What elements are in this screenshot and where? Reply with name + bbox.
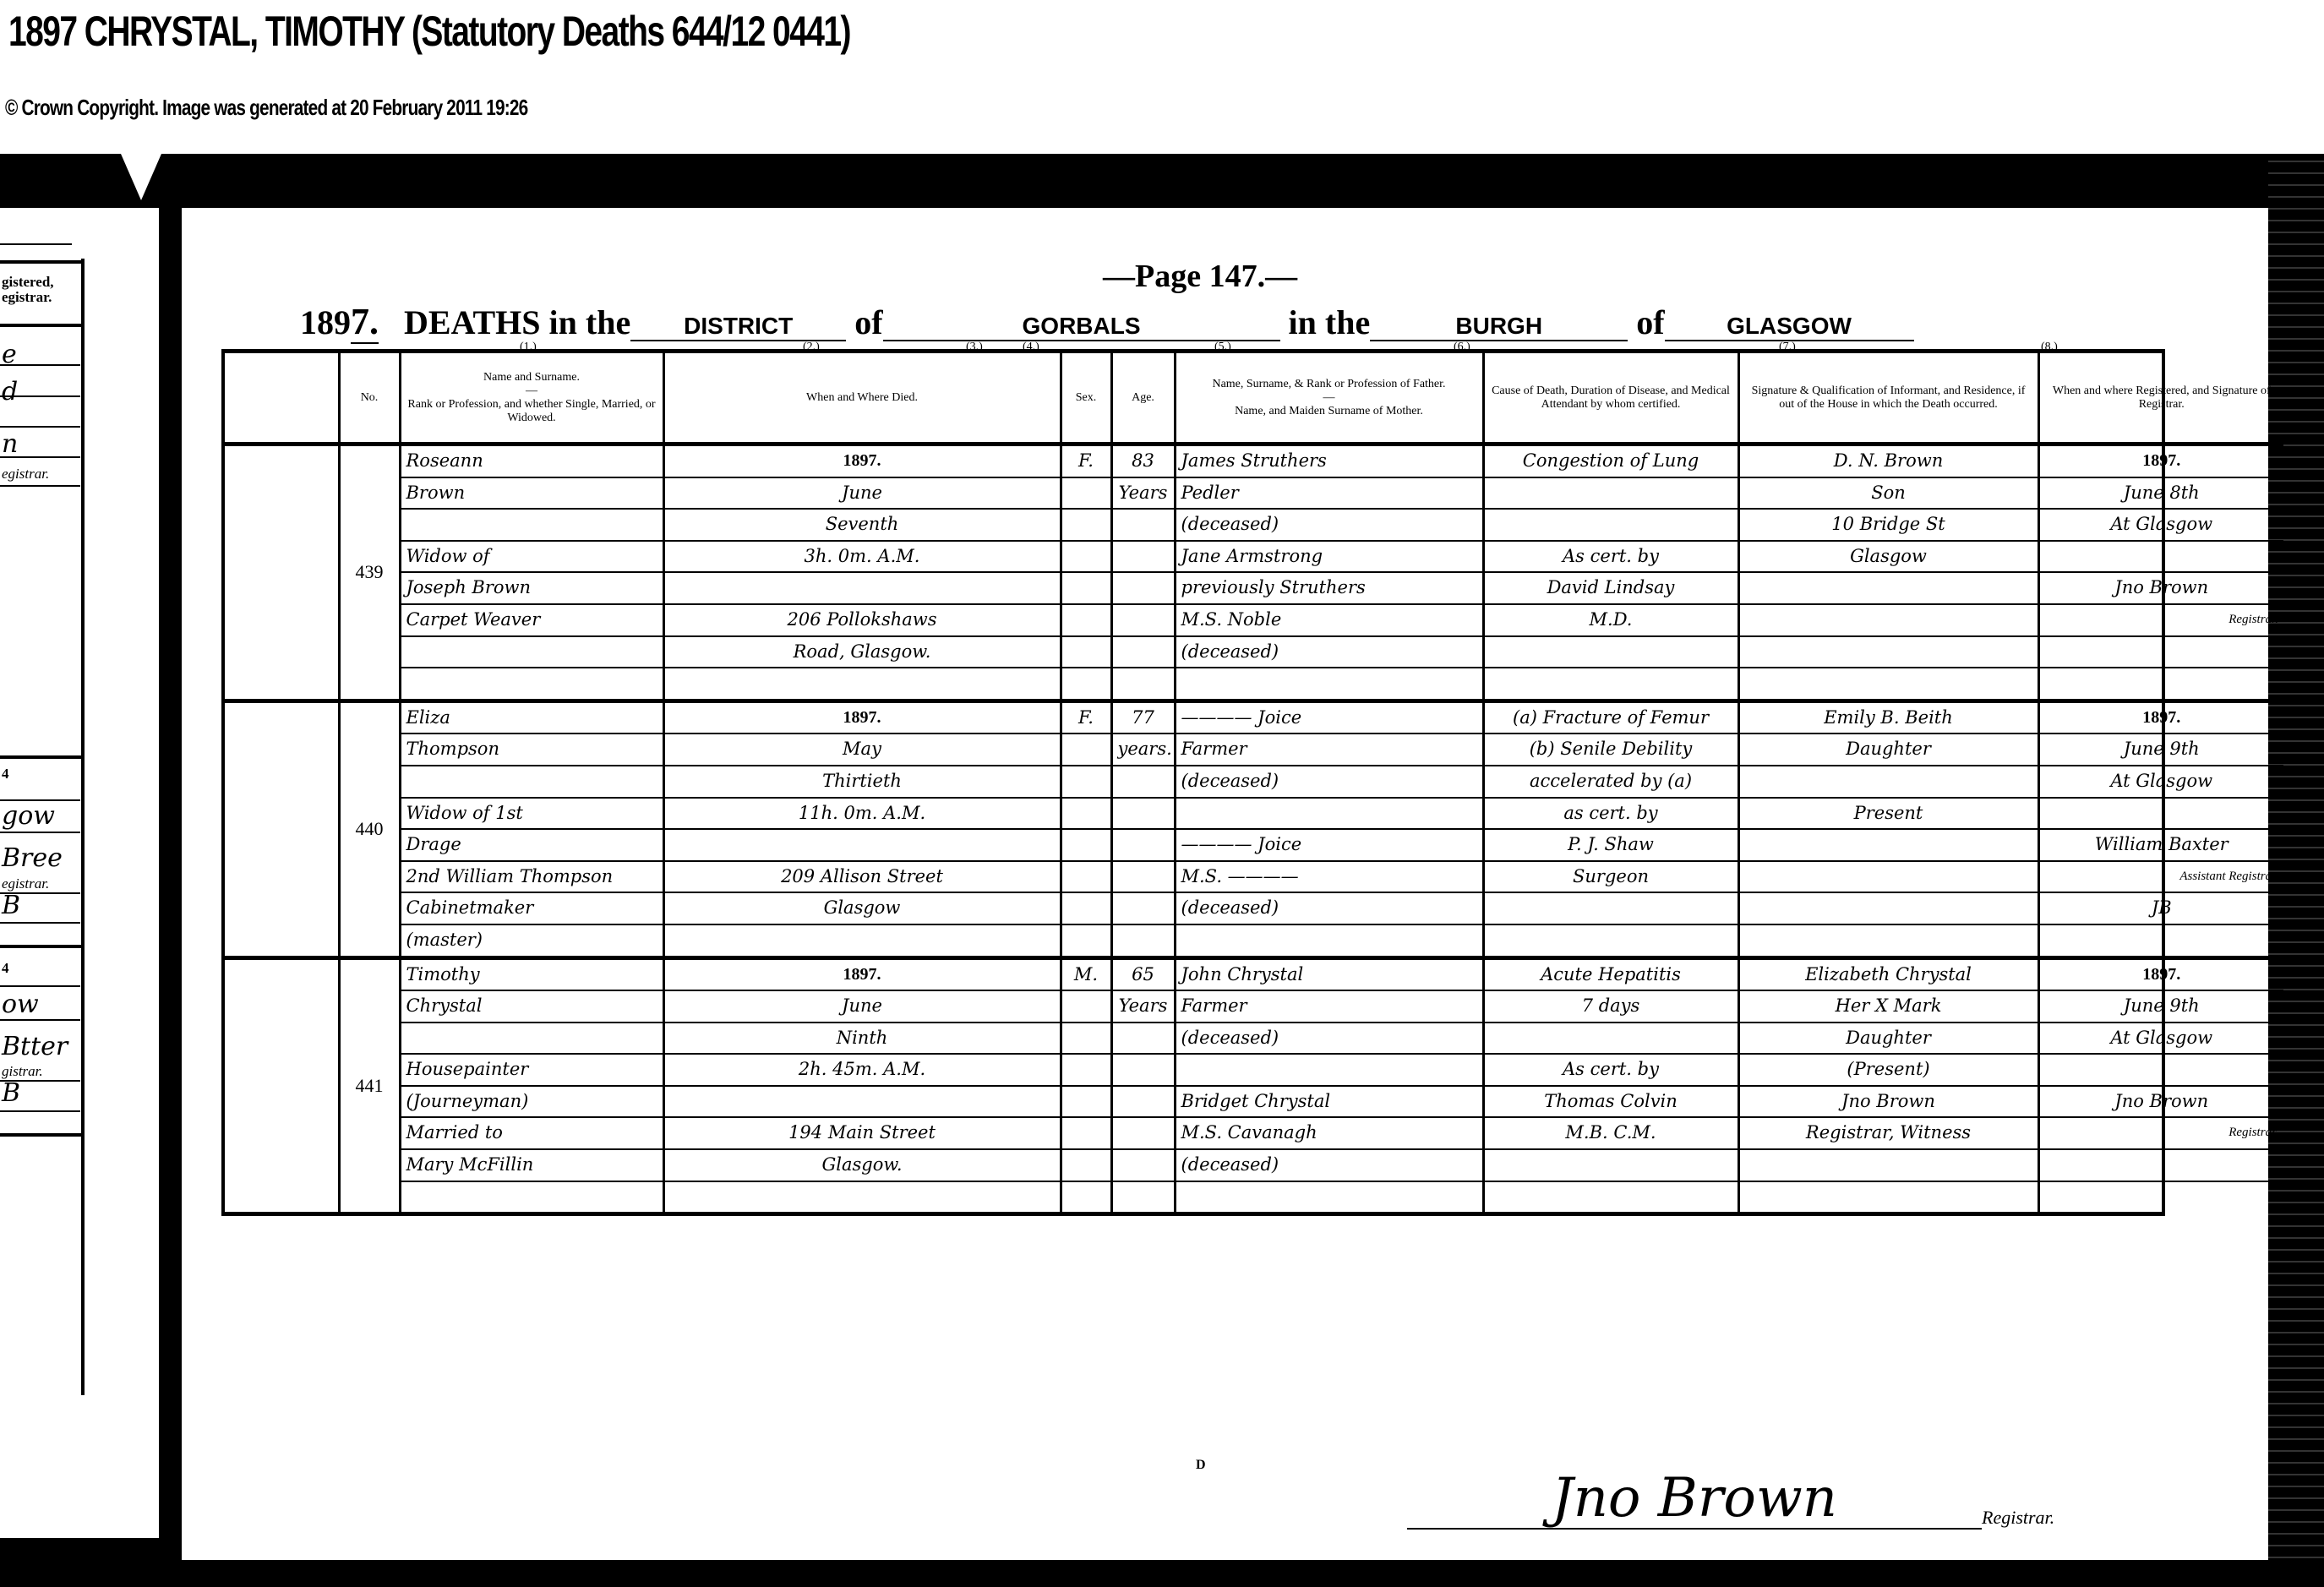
entry-line: Congestion of Lung [1485,446,1738,478]
entry-line [401,510,663,542]
informant-cell: Elizabeth ChrystalHer X MarkDaughter(Pre… [1738,957,2038,1212]
entry-line: (master) [401,925,663,956]
entry-line: Timothy [401,960,663,992]
entry-line [1062,862,1110,894]
entry-divider [0,755,81,759]
entry-line [1062,799,1110,831]
entry-line [1740,766,2038,799]
entry-line [1113,1087,1174,1119]
entry-line: 65 [1113,960,1174,992]
entry-line: 1897. [665,960,1060,992]
page-number: —Page 147.— [1103,258,1297,295]
when-where-cell: 1897.JuneSeventh3h. 0m. A.M.206 Polloksh… [663,444,1061,701]
ruled-line [0,456,80,458]
entry-line [1062,1055,1110,1087]
entry-line [401,1023,663,1055]
entry-line: At Glasgow [2040,1023,2284,1055]
of-label: of [854,303,882,341]
page-mark: D [1196,1458,1206,1473]
entry-line [2040,925,2284,956]
entry-line [1485,1150,1738,1182]
entry-line: John Chrystal [1176,960,1482,992]
entry-line [665,1087,1060,1119]
entry-line: Elizabeth Chrystal [1740,960,2038,992]
entry-line [1062,734,1110,766]
entry-line [665,1182,1060,1213]
ruled-line [0,1019,80,1021]
entry-line [1113,1055,1174,1087]
age-cell: 77years. [1111,701,1175,957]
entry-line: Glasgow. [665,1150,1060,1182]
header-registered: When and where Registered, and Signature… [2038,353,2283,444]
entry-line [1062,1087,1110,1119]
column-header-fragment: egistrar. [2,289,52,306]
registered-cell: 1897.June 9thAt GlasgowJno BrownRegistra… [2038,957,2283,1212]
entry-line: Daughter [1740,1023,2038,1055]
entry-line [401,637,663,669]
entry-line [1113,1182,1174,1213]
registrar-signature: Jno Brown [1407,1469,1982,1530]
entry-line [665,573,1060,605]
entry-line: M. [1062,960,1110,992]
ruled-line [0,395,80,397]
entry-line: Jno Brown [1740,1087,2038,1119]
entry-line: Her X Mark [1740,991,2038,1023]
age-cell: 83Years [1111,444,1175,701]
parents-cell: John ChrystalFarmer(deceased)Bridget Chr… [1175,957,1483,1212]
ruled-line [0,485,80,487]
entry-line [1062,1150,1110,1182]
sex-cell: F. [1061,701,1111,957]
record-title: 1897 CHRYSTAL, TIMOTHY (Statutory Deaths… [8,7,850,56]
entry-line: M.S. ———— [1176,862,1482,894]
entry-line: Pedler [1176,478,1482,510]
entry-line [1485,1182,1738,1213]
entry-line: Daughter [1740,734,2038,766]
entry-line: Years [1113,478,1174,510]
entry-line [1062,893,1110,925]
fragment-initials: B [2,1078,20,1108]
cause-cell: (a) Fracture of Femur(b) Senile Debility… [1483,701,1738,957]
entry-line [1113,799,1174,831]
entry-line: 2h. 45m. A.M. [665,1055,1060,1087]
entry-line: (deceased) [1176,766,1482,799]
entry-line [1740,862,2038,894]
entry-line [1113,1150,1174,1182]
entry-line: P. J. Shaw [1485,830,1738,862]
table-row: 439RoseannBrownWidow ofJoseph BrownCarpe… [225,444,2283,701]
entry-line: Present [1740,799,2038,831]
entry-line: David Lindsay [1485,573,1738,605]
entry-line [1113,1118,1174,1150]
table-row: 440ElizaThompsonWidow of 1stDrage2nd Wil… [225,701,2283,957]
ruled-line [0,985,80,987]
entry-line: Registrar. [2040,605,2284,637]
entry-line [401,766,663,799]
entry-line: 206 Pollokshaws [665,605,1060,637]
entry-number: 440 [339,701,400,957]
scan-border [0,1565,2324,1587]
entry-line [1176,925,1482,956]
margin-header [225,353,339,444]
entry-line: Surgeon [1485,862,1738,894]
entry-line [1062,1182,1110,1213]
entry-line [1740,637,2038,669]
ruled-line [0,922,80,924]
entry-line: (deceased) [1176,1150,1482,1182]
entry-line [665,830,1060,862]
entry-line: Roseann [401,446,663,478]
header-parents: Name, Surname, & Rank or Profession of F… [1175,353,1483,444]
entry-line: Years [1113,991,1174,1023]
entry-line: Emily B. Beith [1740,703,2038,735]
registered-cell: 1897.June 8thAt GlasgowJno BrownRegistra… [2038,444,2283,701]
entry-line [1740,893,2038,925]
entry-line [1740,1182,2038,1213]
entry-line: (deceased) [1176,637,1482,669]
entry-line: as cert. by [1485,799,1738,831]
entry-line [1062,542,1110,574]
parents-cell: James StruthersPedler(deceased)Jane Arms… [1175,444,1483,701]
entry-line: 3h. 0m. A.M. [665,542,1060,574]
when-where-cell: 1897.JuneNinth2h. 45m. A.M.194 Main Stre… [663,957,1061,1212]
name-cell: RoseannBrownWidow ofJoseph BrownCarpet W… [400,444,663,701]
fragment-text: 4 [2,960,9,977]
entry-line: 7 days [1485,991,1738,1023]
entry-line: Farmer [1176,734,1482,766]
spine-notch [121,154,161,200]
copyright-notice: © Crown Copyright. Image was generated a… [5,95,527,121]
name-cell: TimothyChrystalHousepainter(Journeyman)M… [400,957,663,1212]
deaths-in-the-label: DEATHS in the [404,303,630,341]
entry-line [1740,573,2038,605]
entry-line: 10 Bridge St [1740,510,2038,542]
entry-line: 2nd William Thompson [401,862,663,894]
entry-line [1740,668,2038,699]
entry-line: William Baxter [2040,830,2284,862]
fragment-text: ow [2,990,39,1019]
entry-line [1113,510,1174,542]
entry-line: May [665,734,1060,766]
entry-divider [0,945,81,948]
header-informant: Signature & Qualification of Informant, … [1738,353,2038,444]
header-when-where: When and Where Died. [663,353,1061,444]
entry-line: (deceased) [1176,1023,1482,1055]
district-type-stamp: DISTRICT [630,313,846,341]
entry-line: (b) Senile Debility [1485,734,1738,766]
death-register-table: No. Name and Surname. — Rank or Professi… [221,349,2165,1216]
entry-line [1176,1182,1482,1213]
entry-line [2040,1182,2284,1213]
entry-line: Glasgow [1740,542,2038,574]
entry-line [1485,893,1738,925]
when-where-cell: 1897.MayThirtieth11h. 0m. A.M.209 Alliso… [663,701,1061,957]
year-suffix: 7. [351,301,379,344]
previous-page-fragment: gistered, egistrar. e d n egistrar. 4 go… [0,208,159,1538]
entry-line: James Struthers [1176,446,1482,478]
entry-line: Registrar. [2040,1118,2284,1150]
entry-line: M.B. C.M. [1485,1118,1738,1150]
entry-line [1113,637,1174,669]
entry-line [1485,510,1738,542]
cause-cell: Acute Hepatitis7 daysAs cert. byThomas C… [1483,957,1738,1212]
entry-line: June 9th [2040,734,2284,766]
entry-line: D. N. Brown [1740,446,2038,478]
column-header-fragment: gistered, [2,274,54,291]
entry-line: M.S. Noble [1176,605,1482,637]
entry-line: M.D. [1485,605,1738,637]
registered-cell: 1897.June 9thAt GlasgowWilliam BaxterAss… [2038,701,2283,957]
entry-line: ———— Joice [1176,830,1482,862]
entry-line [1113,605,1174,637]
entry-line [401,1182,663,1213]
entry-line: June 9th [2040,991,2284,1023]
entry-line [2040,1150,2284,1182]
header-no: No. [339,353,400,444]
entry-line: (Journeyman) [401,1087,663,1119]
entry-line [2040,542,2284,574]
entry-number: 441 [339,957,400,1212]
entry-line: Carpet Weaver [401,605,663,637]
year-prefix: 189 [300,303,351,341]
sex-cell: M. [1061,957,1111,1212]
entry-line [1740,605,2038,637]
name-cell: ElizaThompsonWidow of 1stDrage2nd Willia… [400,701,663,957]
entry-line [1740,830,2038,862]
entry-line [1113,542,1174,574]
burgh-type-stamp: BURGH [1370,313,1628,341]
registrar-label: egistrar. [2,466,49,483]
divider [0,243,72,245]
entry-line [2040,637,2284,669]
fragment-text: d [2,377,18,406]
entry-line: 83 [1113,446,1174,478]
fragment-text: Btter [2,1032,68,1061]
entry-line [1062,1118,1110,1150]
of-label-2: of [1636,303,1664,341]
entry-line: 1897. [2040,446,2284,478]
table-row: 441TimothyChrystalHousepainter(Journeyma… [225,957,2283,1212]
entry-line: Seventh [665,510,1060,542]
entry-line [1113,573,1174,605]
fragment-initials: B [2,891,20,920]
entry-line: (Present) [1740,1055,2038,1087]
entry-line: Widow of [401,542,663,574]
entry-line: ———— Joice [1176,703,1482,735]
age-cell: 65Years [1111,957,1175,1212]
fragment-text: Bree [2,843,63,873]
entry-line: As cert. by [1485,542,1738,574]
entry-line: years. [1113,734,1174,766]
fragment-text: gow [2,801,55,831]
entry-line [1062,668,1110,699]
entry-line [665,925,1060,956]
entry-line: Registrar, Witness [1740,1118,2038,1150]
registrar-label: egistrar. [2,875,49,892]
table-border [81,259,85,1395]
entry-line [1740,1150,2038,1182]
entry-line: June [665,478,1060,510]
entry-line: 194 Main Street [665,1118,1060,1150]
entry-line: Brown [401,478,663,510]
sex-cell: F. [1061,444,1111,701]
entry-line: 1897. [665,446,1060,478]
informant-cell: D. N. BrownSon10 Bridge StGlasgow [1738,444,2038,701]
entry-line [1176,1055,1482,1087]
registrar-label: gistrar. [2,1063,43,1080]
entry-line [1485,1023,1738,1055]
entry-line: 1897. [2040,703,2284,735]
district-name-stamp: GORBALS [883,313,1280,341]
header-sex: Sex. [1061,353,1111,444]
registrar-label: Registrar. [1982,1507,2054,1529]
entry-line: Eliza [401,703,663,735]
burgh-name-stamp: GLASGOW [1665,313,1914,341]
entry-line [1485,925,1738,956]
entry-line [1113,862,1174,894]
entry-line: Widow of 1st [401,799,663,831]
entry-line [1485,637,1738,669]
entry-line: Bridget Chrystal [1176,1087,1482,1119]
entry-line: Cabinetmaker [401,893,663,925]
entry-line [1062,830,1110,862]
ruled-line [0,364,80,366]
entry-line: F. [1062,446,1110,478]
entry-line [1062,991,1110,1023]
entry-line [1113,925,1174,956]
entry-line: Glasgow [665,893,1060,925]
margin-cell [225,701,339,957]
ruled-line [0,832,80,833]
entry-line: Son [1740,478,2038,510]
entry-line [1062,478,1110,510]
entry-line [2040,799,2284,831]
entry-line: 77 [1113,703,1174,735]
fragment-text: 4 [2,766,9,783]
margin-cell [225,957,339,1212]
entry-line: Jane Armstrong [1176,542,1482,574]
entry-line [1113,668,1174,699]
entry-line [665,668,1060,699]
entry-line: F. [1062,703,1110,735]
entry-line: (deceased) [1176,510,1482,542]
entry-number: 439 [339,444,400,701]
entry-line: Thomas Colvin [1485,1087,1738,1119]
entry-line [1062,637,1110,669]
entry-line: June [665,991,1060,1023]
entry-line [1740,925,2038,956]
ruled-line [0,426,80,428]
entry-line [2040,1055,2284,1087]
fragment-text: n [2,429,18,459]
entry-line [1113,830,1174,862]
entry-line: M.S. Cavanagh [1176,1118,1482,1150]
ruled-line [0,1110,80,1112]
in-the-label: in the [1289,303,1371,341]
entry-line: Married to [401,1118,663,1150]
register-title: 1897. DEATHS in theDISTRICT ofGORBALS in… [300,300,1914,343]
entry-line [1062,925,1110,956]
entry-line [1485,668,1738,699]
entry-line: June 8th [2040,478,2284,510]
header-age: Age. [1111,353,1175,444]
margin-cell [225,444,339,701]
entry-line [1485,478,1738,510]
entry-line: accelerated by (a) [1485,766,1738,799]
entry-line [1062,1023,1110,1055]
header-name: Name and Surname. — Rank or Profession, … [400,353,663,444]
entry-line: JB [2040,893,2284,925]
cause-cell: Congestion of LungAs cert. byDavid Linds… [1483,444,1738,701]
entry-line: Farmer [1176,991,1482,1023]
entry-line: Thompson [401,734,663,766]
entry-line: Chrystal [401,991,663,1023]
entry-line: Housepainter [401,1055,663,1087]
entry-line: (deceased) [1176,893,1482,925]
divider [0,324,81,327]
entry-line: As cert. by [1485,1055,1738,1087]
entry-line [401,668,663,699]
entry-line: 1897. [665,703,1060,735]
informant-cell: Emily B. BeithDaughterPresent [1738,701,2038,957]
entry-line [1176,799,1482,831]
entry-line [1062,573,1110,605]
header-cause: Cause of Death, Duration of Disease, and… [1483,353,1738,444]
entry-line: At Glasgow [2040,510,2284,542]
entry-line: previously Struthers [1176,573,1482,605]
entry-divider [0,1133,81,1137]
entry-line: Joseph Brown [401,573,663,605]
entry-line [1176,668,1482,699]
parents-cell: ———— JoiceFarmer(deceased)———— JoiceM.S.… [1175,701,1483,957]
entry-line: 11h. 0m. A.M. [665,799,1060,831]
entry-line: Road, Glasgow. [665,637,1060,669]
entry-line [2040,668,2284,699]
divider [0,260,81,264]
entry-line: 209 Allison Street [665,862,1060,894]
entry-line [1113,766,1174,799]
entry-line: Acute Hepatitis [1485,960,1738,992]
entry-line: At Glasgow [2040,766,2284,799]
entry-line [1062,605,1110,637]
entry-line: Mary McFillin [401,1150,663,1182]
entry-line: (a) Fracture of Femur [1485,703,1738,735]
entry-line [1062,510,1110,542]
entry-line: 1897. [2040,960,2284,992]
entry-line [1113,1023,1174,1055]
entry-line: Jno Brown [2040,1087,2284,1119]
entry-line: Assistant Registrar. [2040,862,2284,894]
entry-line: Ninth [665,1023,1060,1055]
entry-line: Drage [401,830,663,862]
entry-line: Jno Brown [2040,573,2284,605]
entry-line: Thirtieth [665,766,1060,799]
entry-line [1062,766,1110,799]
entry-line [1113,893,1174,925]
